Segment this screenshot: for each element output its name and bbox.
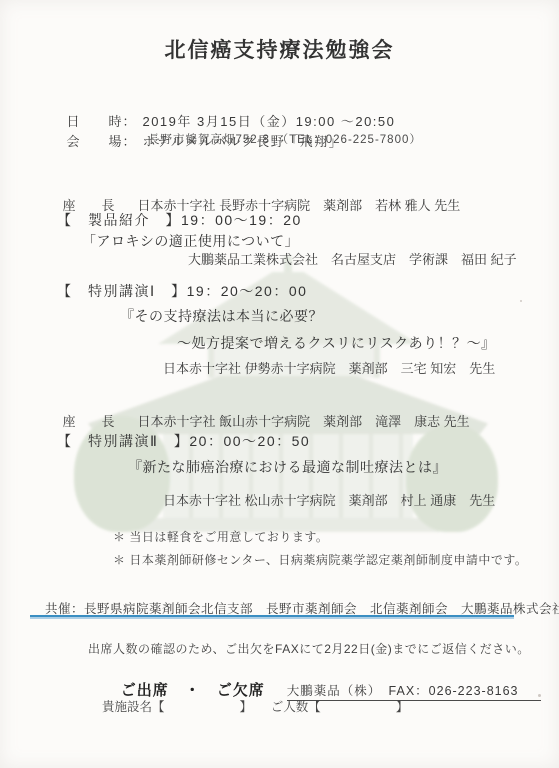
session3-heading: 【 特別講演Ⅱ 】20：00～20：50 [57, 431, 310, 451]
separator-line [30, 615, 514, 617]
note-certification: ＊ 日本薬剤師研修センター、日病薬病院薬学認定薬剤師制度申請中です。 [113, 551, 527, 568]
scanned-document-page: 北信癌支持療法勉強会 日 時：2019年 3月15日（金）19:00 ～20:5… [0, 0, 559, 768]
reply-form-line: 貴施設名【 】 ご人数【 】 [102, 697, 408, 715]
scan-speck [520, 300, 522, 302]
session1-title: 「アロキシの適正使用について」 [82, 231, 299, 251]
session1-heading: 【 製品紹介 】19：00～19：20 [57, 210, 302, 230]
session2-title-line1: 『その支持療法は本当に必要？ [120, 306, 323, 326]
venue-label: 会 場： [66, 131, 136, 150]
session2-heading: 【 特別講演Ⅰ 】19：20～20：00 [57, 281, 307, 301]
reply-request-line: 出席人数の確認のため、ご出欠をFAXにて2月22日(金)までにご返信ください。 [88, 640, 530, 657]
session3-speaker: 日本赤十字社 松山赤十字病院 薬剤部 村上 通康 先生 [163, 490, 495, 509]
session1-speaker: 大鵬薬品工業株式会社 名古屋支店 学術課 福田 紀子 [188, 249, 517, 268]
note-light-meal: ＊ 当日は軽食をご用意しております。 [113, 528, 328, 545]
session2-title-line2: ～処方提案で増えるクスリにリスクあり！？～』 [177, 333, 496, 353]
session2-speaker: 日本赤十字社 伊勢赤十字病院 薬剤部 三宅 知宏 先生 [163, 358, 495, 377]
chair2-label: 座 長 [62, 411, 137, 430]
session3-title: 『新たな肺癌治療における最適な制吐療法とは』 [128, 457, 447, 477]
chair2-value: 日本赤十字社 飯山赤十字病院 薬剤部 滝澤 康志 先生 [137, 414, 469, 429]
page-title: 北信癌支持療法勉強会 [0, 34, 559, 64]
venue-address: 長野市鶴賀高畑752-8 （TEL：026-225-7800） [148, 131, 422, 147]
